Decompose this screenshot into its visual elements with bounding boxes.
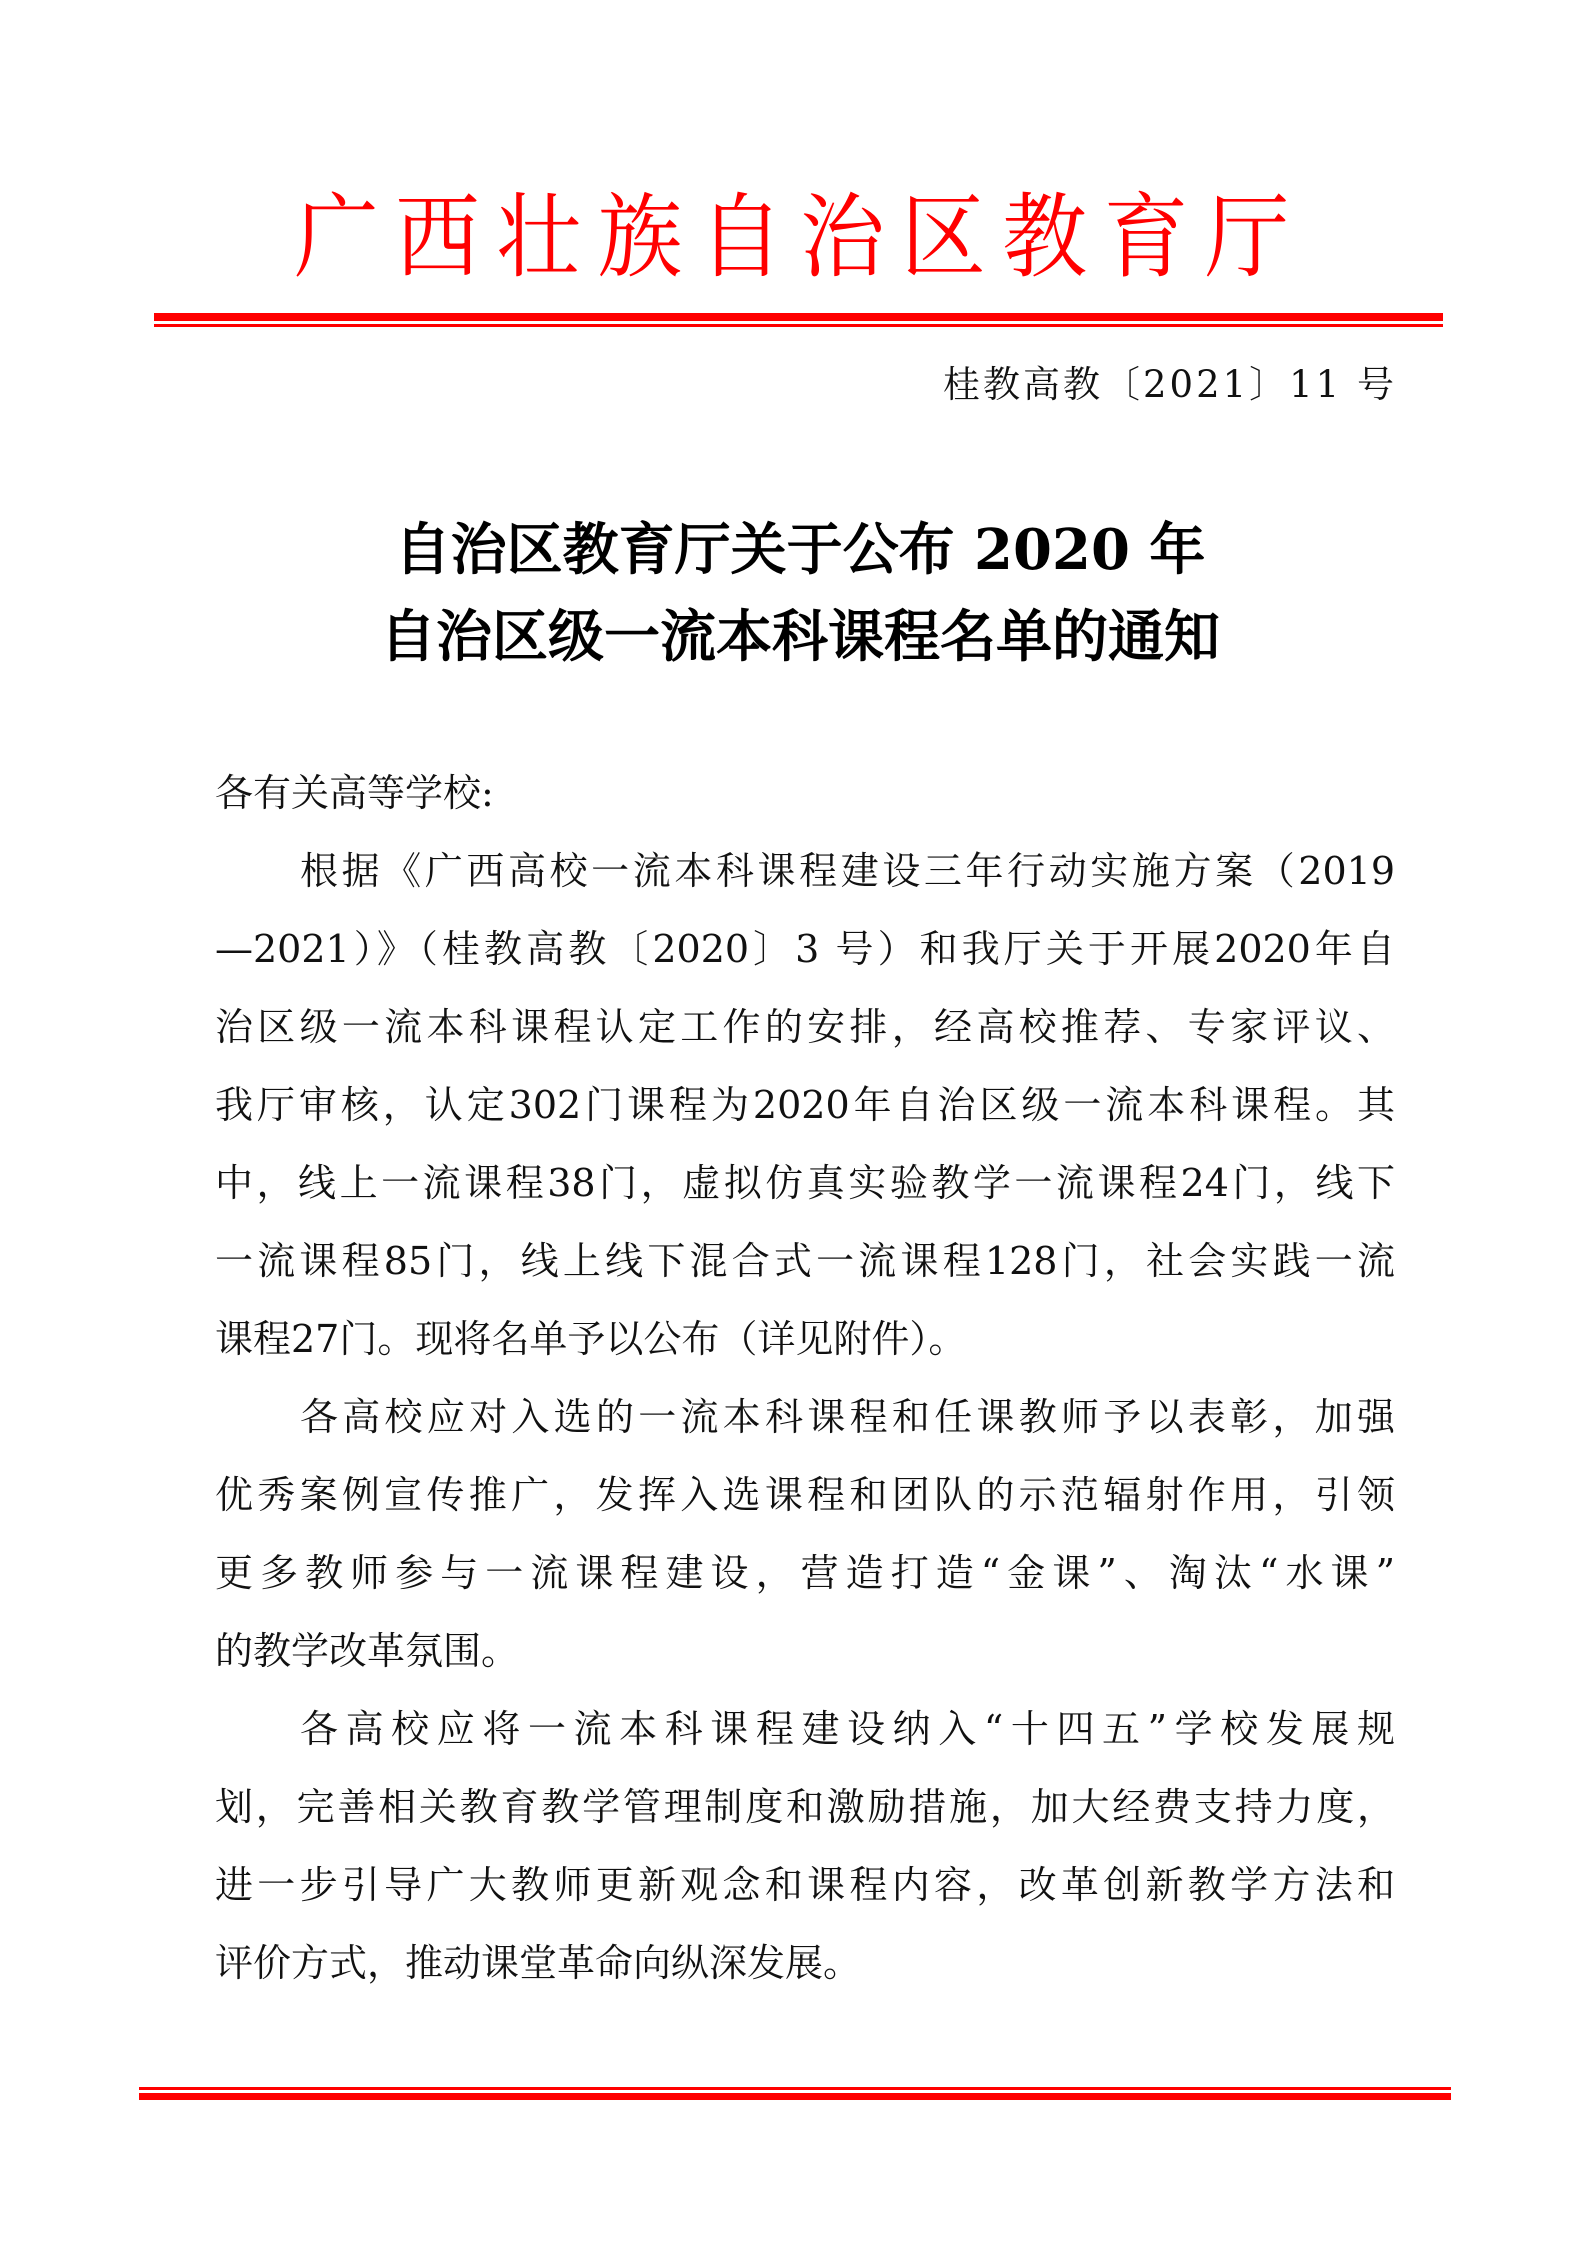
paragraph-1-line: 一流课程85门，线上线下混合式一流课程128门，社会实践一流 bbox=[215, 1236, 1395, 1286]
header-rule-thin bbox=[154, 324, 1443, 327]
paragraph-2-line: 各高校应对入选的一流本科课程和任课教师予以表彰，加强 bbox=[300, 1392, 1395, 1442]
paragraph-1-line: 根据《广西高校一流本科课程建设三年行动实施方案（2019 bbox=[300, 846, 1395, 896]
footer-rule-thin bbox=[139, 2087, 1451, 2090]
document-number: 桂教高教〔2021〕11 号 bbox=[943, 355, 1397, 415]
paragraph-3-line: 划，完善相关教育教学管理制度和激励措施，加大经费支持力度， bbox=[215, 1782, 1395, 1832]
paragraph-2-line: 更多教师参与一流课程建设，营造打造“金课”、淘汰“水课” bbox=[215, 1548, 1395, 1598]
footer-rule-thick bbox=[139, 2093, 1451, 2100]
paragraph-2-line: 的教学改革氛围。 bbox=[215, 1626, 1395, 1676]
paragraph-1-line: —2021）》（桂教高教〔2020〕3 号）和我厅关于开展2020年自 bbox=[215, 924, 1395, 974]
title-line-2: 自治区级一流本科课程名单的通知 bbox=[150, 597, 1450, 677]
paragraph-3-line: 进一步引导广大教师更新观念和课程内容，改革创新教学方法和 bbox=[215, 1860, 1395, 1910]
paragraph-3-line: 评价方式，推动课堂革命向纵深发展。 bbox=[215, 1938, 1395, 1988]
paragraph-1-line: 课程27门。现将名单予以公布（详见附件）。 bbox=[215, 1314, 1395, 1364]
document-page: 广西壮族自治区教育厅 桂教高教〔2021〕11 号 自治区教育厅关于公布 202… bbox=[0, 0, 1587, 2245]
header-rule-thick bbox=[154, 313, 1443, 321]
title-line-1: 自治区教育厅关于公布 2020 年 bbox=[150, 510, 1450, 590]
paragraph-1-line: 治区级一流本科课程认定工作的安排，经高校推荐、专家评议、 bbox=[215, 1002, 1395, 1052]
paragraph-2-line: 优秀案例宣传推广，发挥入选课程和团队的示范辐射作用，引领 bbox=[215, 1470, 1395, 1520]
paragraph-1-line: 中，线上一流课程38门，虚拟仿真实验教学一流课程24门，线下 bbox=[215, 1158, 1395, 1208]
paragraph-3-line: 各高校应将一流本科课程建设纳入“十四五”学校发展规 bbox=[300, 1704, 1395, 1754]
paragraph-1-line: 我厅审核，认定302门课程为2020年自治区级一流本科课程。其 bbox=[215, 1080, 1395, 1130]
salutation: 各有关高等学校: bbox=[215, 768, 494, 818]
issuer-header: 广西壮族自治区教育厅 bbox=[248, 178, 1352, 298]
